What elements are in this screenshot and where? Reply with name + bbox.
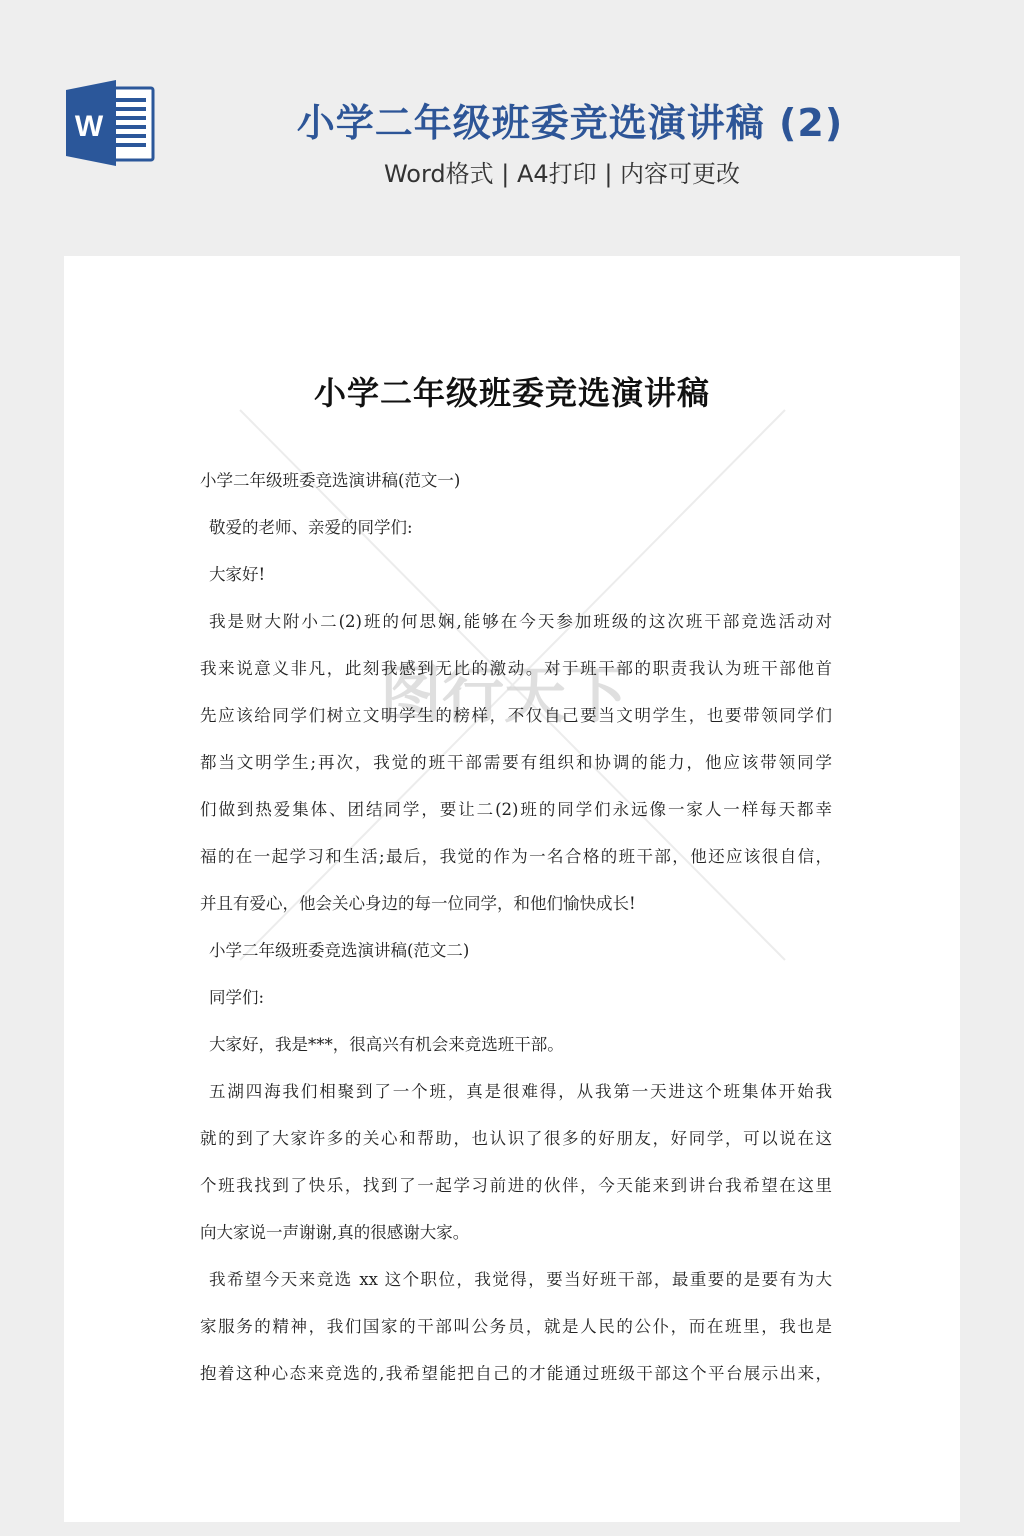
salutation: 敬爱的老师、亲爱的同学们: (200, 515, 832, 562)
paragraph-line: 家服务的精神，我们国家的干部叫公务员，就是人民的公仆，而在班里，我也是 (200, 1314, 832, 1361)
paragraph-line: 抱着这种心态来竞选的,我希望能把自己的才能通过班级干部这个平台展示出来， (200, 1361, 832, 1408)
document-title: 小学二年级班委竞选演讲稿 (64, 368, 960, 414)
document-page: 图行天下 小学二年级班委竞选演讲稿 小学二年级班委竞选演讲稿(范文一) 敬爱的老… (64, 256, 960, 1522)
header-banner: W 小学二年级班委竞选演讲稿 (2) Word格式 | A4打印 | 内容可更改 (0, 0, 1024, 256)
paragraph-line: 们做到热爱集体、团结同学，要让二(2)班的同学们永远像一家人一样每天都幸 (200, 797, 832, 844)
paragraph-line: 福的在一起学习和生活;最后，我觉的作为一名合格的班干部，他还应该很自信， (200, 844, 832, 891)
header-title: 小学二年级班委竞选演讲稿 (2) (200, 92, 940, 147)
paragraph-line: 就的到了大家许多的关心和帮助，也认识了很多的好朋友，好同学，可以说在这 (200, 1126, 832, 1173)
header-subtitle: Word格式 | A4打印 | 内容可更改 (262, 154, 862, 189)
svg-text:W: W (75, 110, 104, 143)
paragraph-line: 我来说意义非凡，此刻我感到无比的激动。对于班干部的职责我认为班干部他首 (200, 656, 832, 703)
word-doc-icon: W (64, 80, 156, 166)
paragraph-line: 我是财大附小二(2)班的何思娴,能够在今天参加班级的这次班干部竞选活动对 (200, 609, 832, 656)
section-heading: 小学二年级班委竞选演讲稿(范文一) (200, 468, 832, 515)
greeting: 大家好! (200, 562, 832, 609)
paragraph-line: 我希望今天来竞选 xx 这个职位，我觉得，要当好班干部，最重要的是要有为大 (200, 1267, 832, 1314)
paragraph-line: 个班我找到了快乐，找到了一起学习前进的伙伴，今天能来到讲台我希望在这里 (200, 1173, 832, 1220)
document-body: 小学二年级班委竞选演讲稿(范文一) 敬爱的老师、亲爱的同学们: 大家好! 我是财… (200, 468, 832, 1408)
section-heading: 小学二年级班委竞选演讲稿(范文二) (200, 938, 832, 985)
paragraph-line: 先应该给同学们树立文明学生的榜样，不仅自己要当文明学生，也要带领同学们 (200, 703, 832, 750)
paragraph-line: 五湖四海我们相聚到了一个班，真是很难得，从我第一天进这个班集体开始我 (200, 1079, 832, 1126)
salutation: 同学们: (200, 985, 832, 1032)
paragraph-line: 都当文明学生;再次，我觉的班干部需要有组织和协调的能力，他应该带领同学 (200, 750, 832, 797)
paragraph-line: 并且有爱心，他会关心身边的每一位同学，和他们愉快成长! (200, 891, 832, 938)
paragraph-line: 向大家说一声谢谢,真的很感谢大家。 (200, 1220, 832, 1267)
greeting: 大家好，我是***，很高兴有机会来竞选班干部。 (200, 1032, 832, 1079)
